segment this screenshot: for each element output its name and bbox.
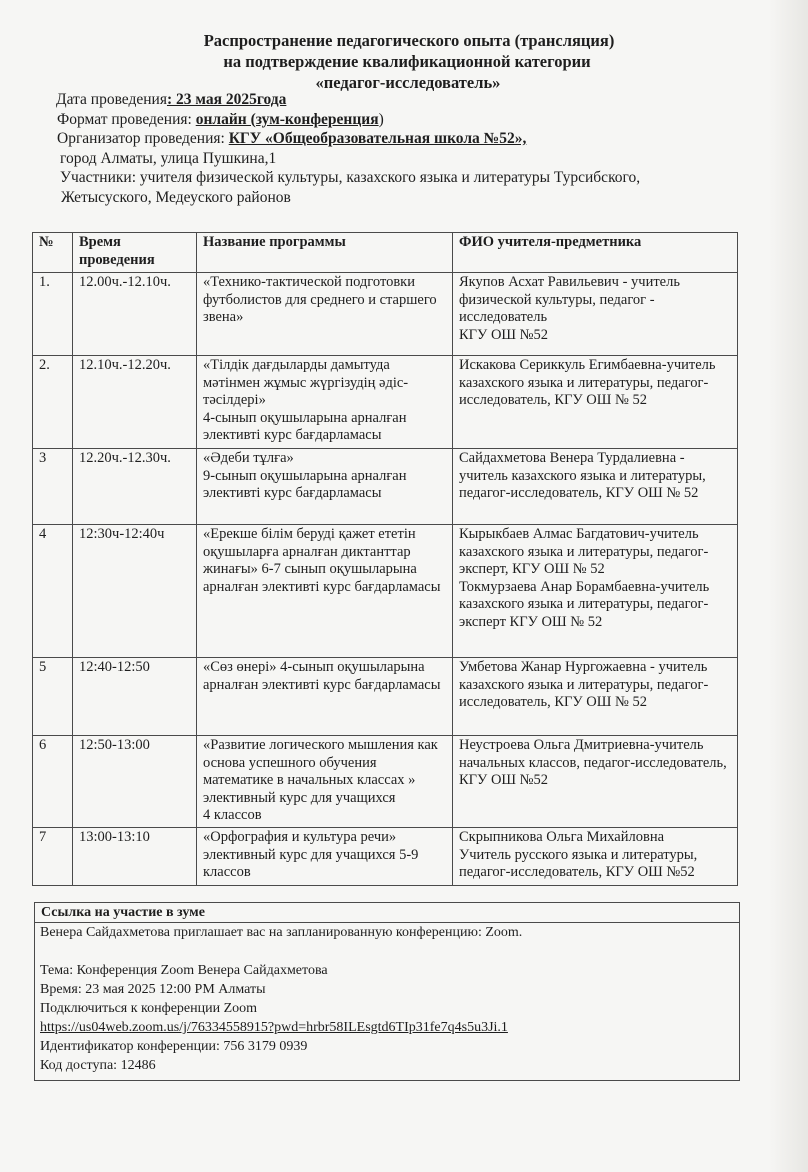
cell-time: 12:40-12:50 — [73, 658, 197, 736]
event-format: Формат проведения: онлайн (зум-конференц… — [57, 110, 637, 130]
cell-program: «Технико-тактической подготовки футболис… — [197, 273, 453, 356]
cell-program: «Орфография и культура речи» элективный … — [197, 828, 453, 886]
format-tail: ) — [379, 111, 384, 128]
table-row: 7 13:00-13:10 «Орфография и культура реч… — [33, 828, 738, 886]
cell-program: «Тілдік дағдыларды дамытуда мәтінмен жұм… — [197, 356, 453, 449]
event-address: город Алматы, улица Пушкина,1 — [60, 149, 640, 169]
blank-line — [35, 942, 739, 961]
format-value: онлайн (зум-конференция — [196, 111, 379, 128]
cell-number: 7 — [33, 828, 73, 886]
format-label: Формат проведения: — [57, 111, 196, 128]
cell-program: «Развитие логического мышления как основ… — [197, 736, 453, 828]
cell-program: «Ерекше білім беруді қажет ететін оқушыл… — [197, 525, 453, 658]
zoom-topic: Тема: Конференция Zoom Венера Сайдахмето… — [35, 961, 739, 980]
organizer-value: КГУ «Общеобразовательная школа №52», — [229, 130, 527, 147]
event-date: Дата проведения: 23 мая 2025года — [56, 90, 636, 110]
title-line-1: Распространение педагогического опыта (т… — [0, 30, 808, 51]
table-row: 1. 12.00ч.-12.10ч. «Технико-тактической … — [33, 273, 738, 356]
header-teacher: ФИО учителя-предметника — [453, 233, 738, 273]
table-row: 2. 12.10ч.-12.20ч. «Тілдік дағдыларды да… — [33, 356, 738, 449]
cell-teacher: Неустроева Ольга Дмитриевна-учитель нача… — [453, 736, 738, 828]
zoom-join-label: Подключиться к конференции Zoom — [35, 999, 739, 1018]
zoom-passcode: Код доступа: 12486 — [35, 1056, 739, 1075]
cell-teacher: Кырыкбаев Алмас Багдатович-учитель казах… — [453, 525, 738, 658]
header-program: Название программы — [197, 233, 453, 273]
cell-number: 5 — [33, 658, 73, 736]
cell-program: «Сөз өнері» 4-сынып оқушыларына арналған… — [197, 658, 453, 736]
event-organizer: Организатор проведения: КГУ «Общеобразов… — [57, 129, 637, 149]
cell-teacher: Скрыпникова Ольга Михайловна Учитель рус… — [453, 828, 738, 886]
cell-number: 2. — [33, 356, 73, 449]
table-header-row: № Время проведения Название программы ФИ… — [33, 233, 738, 273]
table-row: 6 12:50-13:00 «Развитие логического мышл… — [33, 736, 738, 828]
cell-time: 12.00ч.-12.10ч. — [73, 273, 197, 356]
date-value: : 23 мая 2025года — [167, 91, 286, 108]
zoom-details: Венера Сайдахметова приглашает вас на за… — [35, 923, 739, 1080]
cell-time: 13:00-13:10 — [73, 828, 197, 886]
title-line-2: на подтверждение квалификационной катего… — [0, 51, 808, 72]
table-row: 4 12:30ч-12:40ч «Ерекше білім беруді қаж… — [33, 525, 738, 658]
zoom-join-link[interactable]: https://us04web.zoom.us/j/76334558915?pw… — [40, 1020, 508, 1035]
event-details: Дата проведения: 23 мая 2025года Формат … — [0, 90, 580, 207]
zoom-link-line: https://us04web.zoom.us/j/76334558915?pw… — [35, 1018, 739, 1037]
zoom-link-box: Ссылка на участие в зуме Венера Сайдахме… — [34, 902, 740, 1081]
cell-number: 6 — [33, 736, 73, 828]
organizer-label: Организатор проведения: — [57, 130, 229, 147]
cell-number: 1. — [33, 273, 73, 356]
zoom-meeting-id: Идентификатор конференции: 756 3179 0939 — [35, 1037, 739, 1056]
cell-time: 12:30ч-12:40ч — [73, 525, 197, 658]
zoom-heading: Ссылка на участие в зуме — [35, 903, 739, 923]
event-participants: Участники: учителя физической культуры, … — [60, 168, 640, 188]
cell-time: 12.10ч.-12.20ч. — [73, 356, 197, 449]
cell-number: 4 — [33, 525, 73, 658]
zoom-time: Время: 23 мая 2025 12:00 PM Алматы — [35, 980, 739, 999]
cell-teacher: Умбетова Жанар Нургожаевна - учитель каз… — [453, 658, 738, 736]
schedule-table: № Время проведения Название программы ФИ… — [32, 232, 738, 886]
cell-number: 3 — [33, 449, 73, 525]
cell-teacher: Искакова Сериккуль Егимбаевна-учитель ка… — [453, 356, 738, 449]
cell-program: «Әдеби тұлға» 9-сынып оқушыларына арналғ… — [197, 449, 453, 525]
header-number: № — [33, 233, 73, 273]
header-time: Время проведения — [73, 233, 197, 273]
cell-teacher: Якупов Асхат Равильевич - учитель физиче… — [453, 273, 738, 356]
table-row: 5 12:40-12:50 «Сөз өнері» 4-сынып оқушыл… — [33, 658, 738, 736]
zoom-invite: Венера Сайдахметова приглашает вас на за… — [35, 923, 739, 942]
page-edge-shadow — [768, 0, 808, 1172]
document-title: Распространение педагогического опыта (т… — [0, 30, 808, 93]
cell-teacher: Сайдахметова Венера Турдалиевна - учител… — [453, 449, 738, 525]
table-row: 3 12.20ч.-12.30ч. «Әдеби тұлға» 9-сынып … — [33, 449, 738, 525]
cell-time: 12.20ч.-12.30ч. — [73, 449, 197, 525]
date-label: Дата проведения — [56, 91, 167, 108]
cell-time: 12:50-13:00 — [73, 736, 197, 828]
event-participants-cont: Жетысуского, Медеуского районов — [61, 188, 641, 208]
